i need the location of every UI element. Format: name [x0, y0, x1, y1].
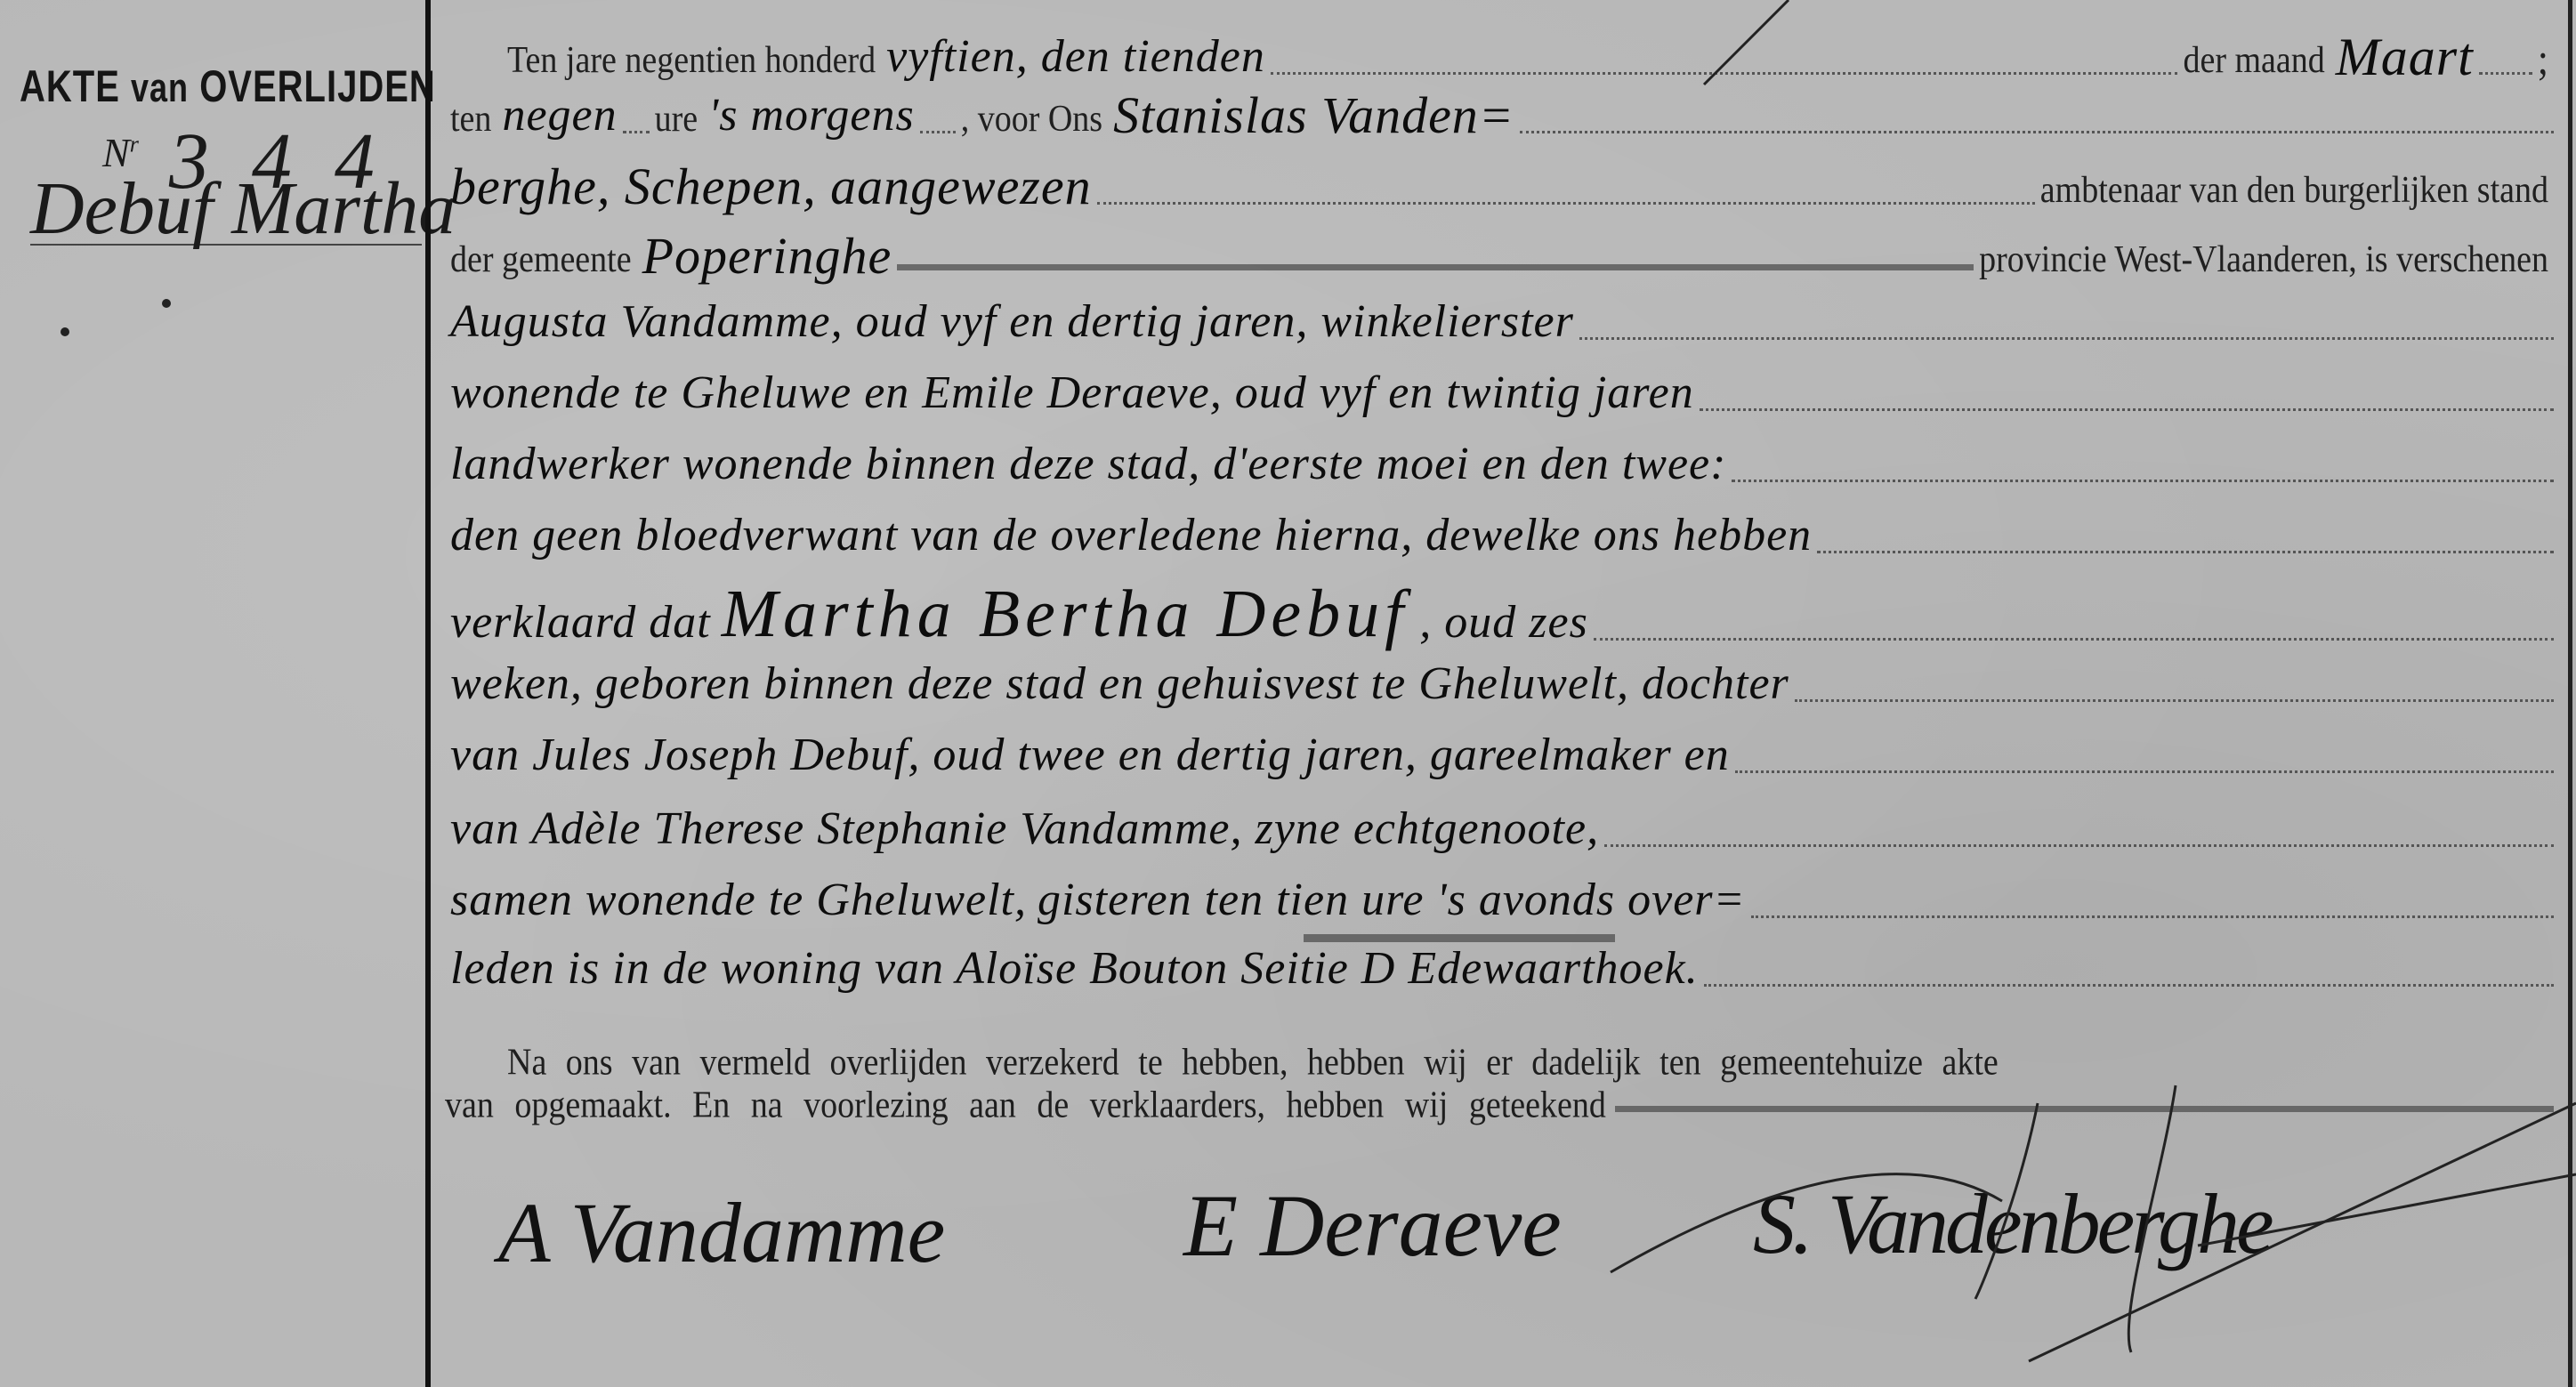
signature-flourish-strokes: [0, 0, 2576, 1387]
